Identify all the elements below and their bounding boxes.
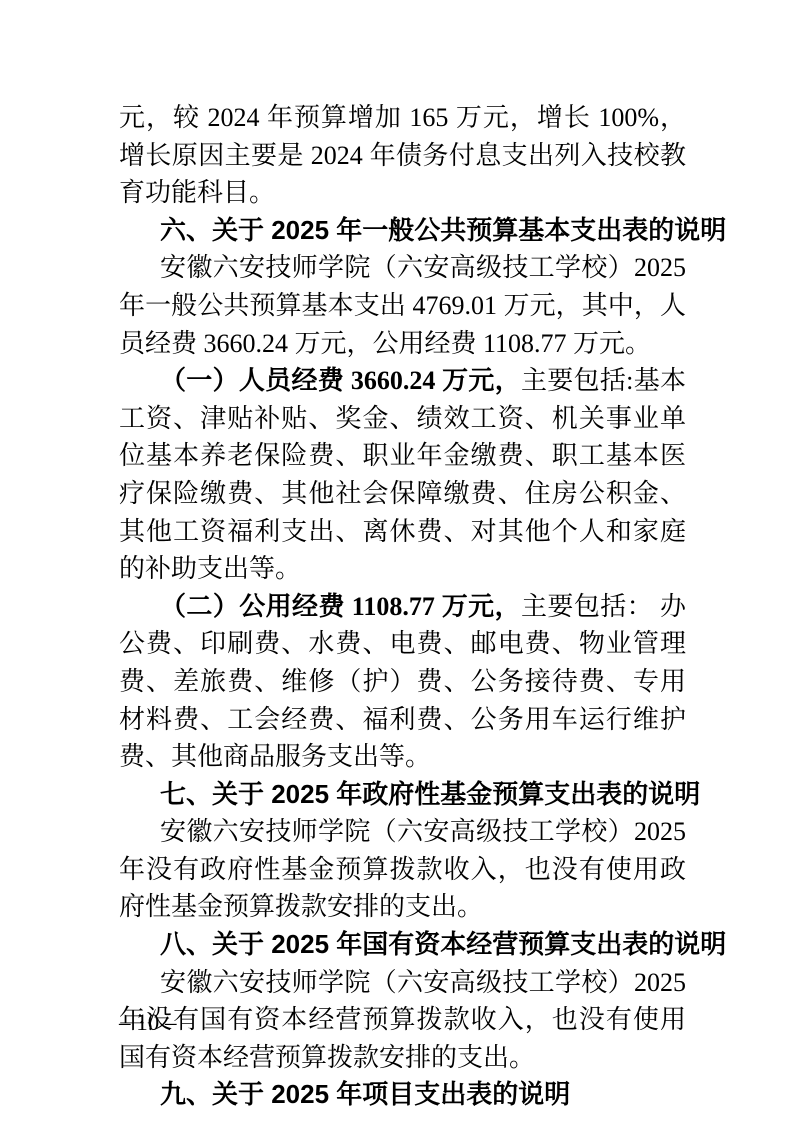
public-funds-expense-lead: （二）公用经费 1108.77 万元， xyxy=(160,592,521,621)
section-7-body-paragraph: 安徽六安技师学院（六安高级技工学校）2025 年没有政府性基金预算拨款收入，也没… xyxy=(119,813,686,926)
paragraph-carryover: 元，较 2024 年预算增加 165 万元，增长 100%，增长原因主要是 20… xyxy=(119,99,686,212)
section-6-intro-paragraph: 安徽六安技师学院（六安高级技工学校）2025 年一般公共预算基本支出 4769.… xyxy=(119,249,686,362)
personnel-expense-detail: 主要包括:基本工资、津贴补贴、奖金、绩效工资、机关事业单位基本养老保险费、职业年… xyxy=(119,366,686,583)
document-content: 元，较 2024 年预算增加 165 万元，增长 100%，增长原因主要是 20… xyxy=(119,99,686,1114)
section-8-body-paragraph: 安徽六安技师学院（六安高级技工学校）2025 年没有国有资本经营预算拨款收入，也… xyxy=(119,964,686,1077)
section-7-heading: 七、关于 2025 年政府性基金预算支出表的说明 xyxy=(119,776,686,814)
public-funds-expense-paragraph: （二）公用经费 1108.77 万元，主要包括： 办公费、印刷费、水费、电费、邮… xyxy=(119,588,686,776)
page-number: – 10 – xyxy=(119,1010,177,1036)
personnel-expense-lead: （一）人员经费 3660.24 万元， xyxy=(160,366,521,395)
section-8-heading: 八、关于 2025 年国有资本经营预算支出表的说明 xyxy=(119,926,686,964)
section-9-heading: 九、关于 2025 年项目支出表的说明 xyxy=(119,1076,686,1114)
personnel-expense-paragraph: （一）人员经费 3660.24 万元，主要包括:基本工资、津贴补贴、奖金、绩效工… xyxy=(119,362,686,588)
section-6-heading: 六、关于 2025 年一般公共预算基本支出表的说明 xyxy=(119,212,686,250)
document-page: 元，较 2024 年预算增加 165 万元，增长 100%，增长原因主要是 20… xyxy=(0,0,793,1122)
